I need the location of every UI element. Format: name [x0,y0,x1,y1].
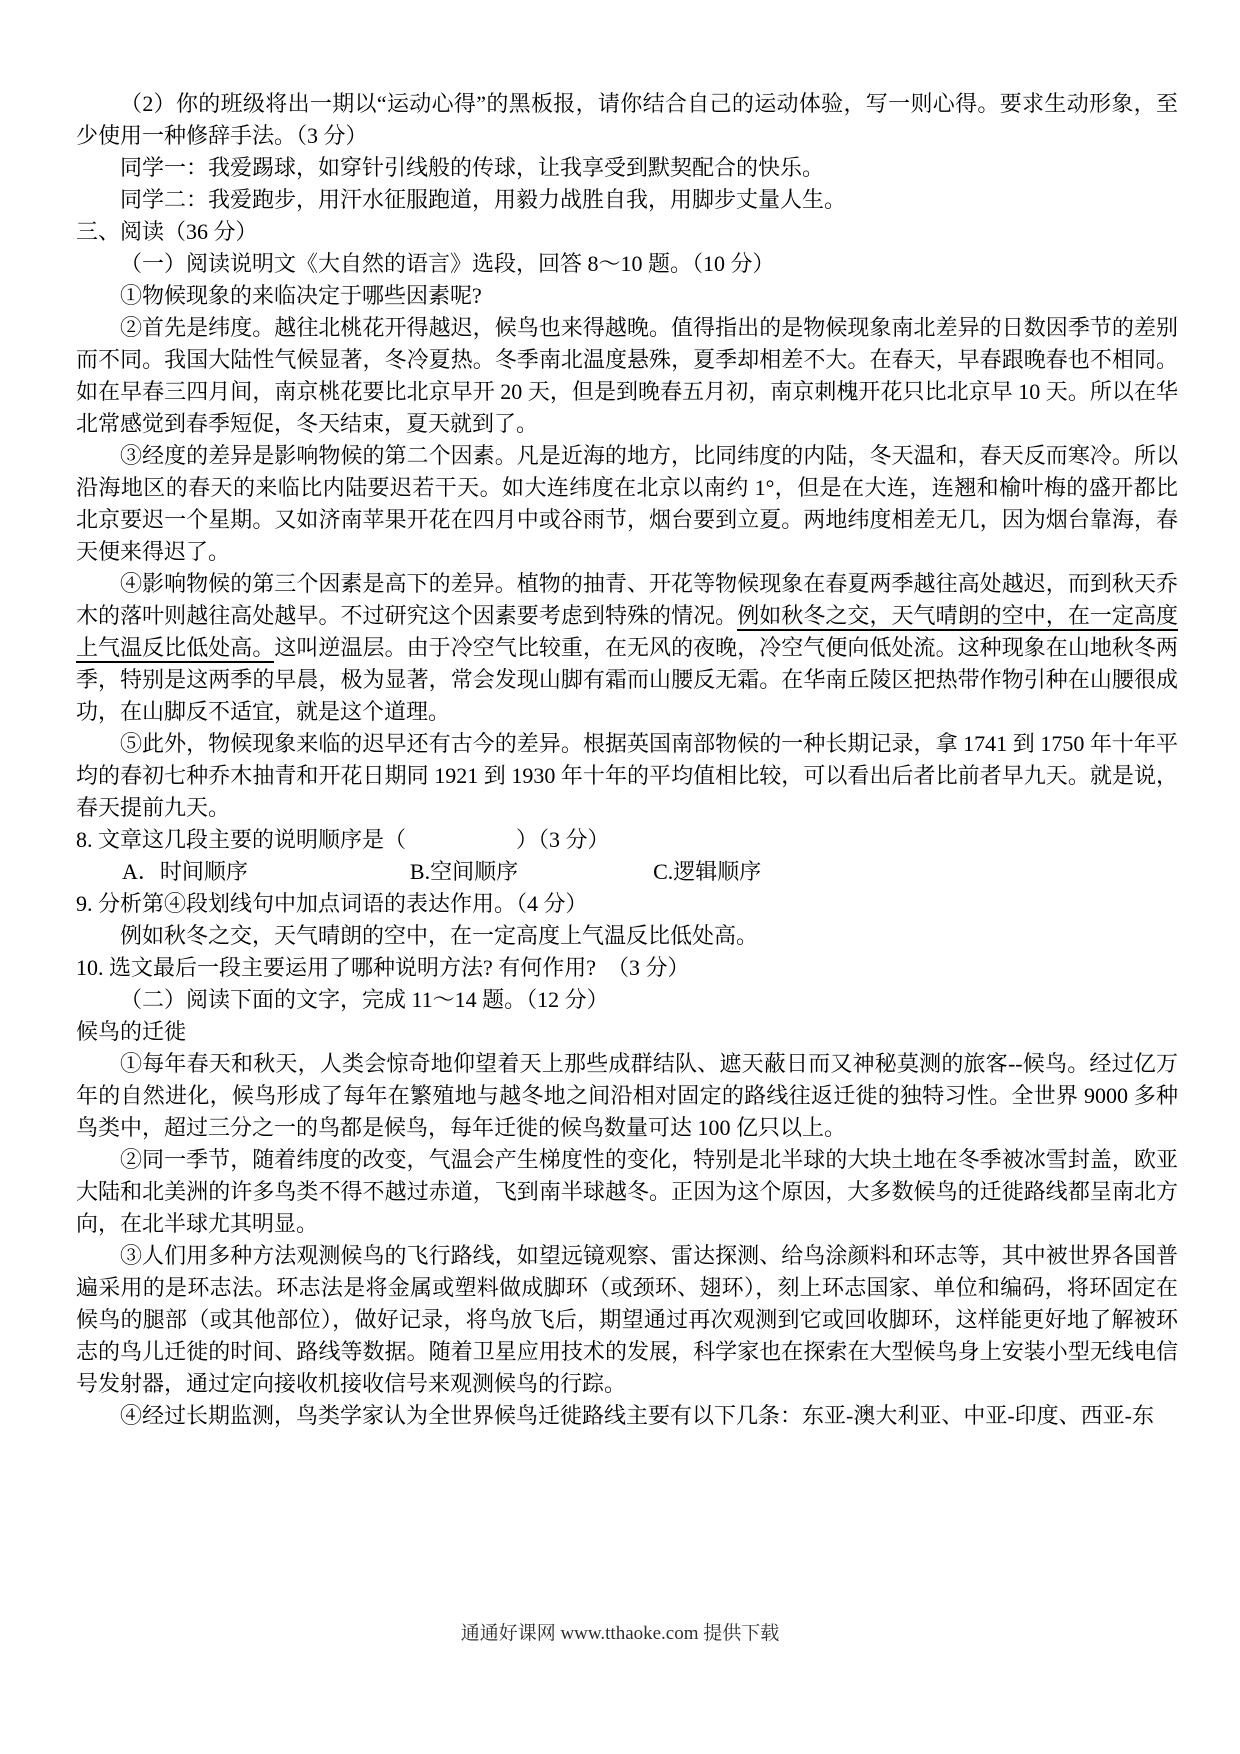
part1-paragraph-2: ②首先是纬度。越往北桃花开得越迟，候鸟也来得越晚。值得指出的是物候现象南北差异的… [76,312,1178,440]
question-8-option-b: B.空间顺序 [410,856,518,888]
page-footer: 通通好课网 www.tthaoke.com 提供下载 [0,1620,1240,1648]
question-10: 10. 选文最后一段主要运用了哪种说明方法? 有何作用? （3 分） [76,952,1178,984]
question-8-option-a: A．时间顺序 [122,856,248,888]
part2-paragraph-4: ④经过长期监测，鸟类学家认为全世界候鸟迁徙路线主要有以下几条：东亚-澳大利亚、中… [76,1400,1178,1432]
question-9-quoted-sentence: 例如秋冬之交，天气晴朗的空中，在一定高度上气温反比低处高。 [76,920,1178,952]
part1-paragraph-3: ③经度的差异是影响物候的第二个因素。凡是近海的地方，比同纬度的内陆，冬天温和，春… [76,440,1178,568]
writing-prompt: （2）你的班级将出一期以“运动心得”的黑板报，请你结合自己的运动体验，写一则心得… [76,88,1178,152]
part1-paragraph-5: ⑤此外，物候现象来临的迟早还有古今的差异。根据英国南部物候的一种长期记录，拿 1… [76,728,1178,824]
question-8-options: A．时间顺序 B.空间顺序 C.逻辑顺序 [76,856,1178,888]
question-8-option-c: C.逻辑顺序 [653,856,761,888]
reading-section-heading: 三、阅读（36 分） [76,216,1178,248]
exam-page: （2）你的班级将出一期以“运动心得”的黑板报，请你结合自己的运动体验，写一则心得… [0,0,1240,1754]
part2-intro: （二）阅读下面的文字，完成 11～14 题。（12 分） [76,984,1178,1016]
question-9: 9. 分析第④段划线句中加点词语的表达作用。（4 分） [76,888,1178,920]
part1-paragraph-1: ①物候现象的来临决定于哪些因素呢? [76,280,1178,312]
question-8: 8. 文章这几段主要的说明顺序是（ ）（3 分） [76,824,1178,856]
student-response-1: 同学一：我爱踢球，如穿针引线般的传球，让我享受到默契配合的快乐。 [76,152,1178,184]
part1-paragraph-4: ④影响物候的第三个因素是高下的差异。植物的抽青、开花等物候现象在春夏两季越往高处… [76,568,1178,728]
part2-paragraph-1: ①每年春天和秋天，人类会惊奇地仰望着天上那些成群结队、遮天蔽日而又神秘莫测的旅客… [76,1048,1178,1144]
student-response-2: 同学二：我爱跑步，用汗水征服跑道，用毅力战胜自我，用脚步丈量人生。 [76,184,1178,216]
part2-paragraph-2: ②同一季节，随着纬度的改变，气温会产生梯度性的变化，特别是北半球的大块土地在冬季… [76,1144,1178,1240]
part1-intro: （一）阅读说明文《大自然的语言》选段，回答 8～10 题。（10 分） [76,248,1178,280]
part2-passage-title: 候鸟的迁徙 [76,1016,1178,1048]
part2-paragraph-3: ③人们用多种方法观测候鸟的飞行路线，如望远镜观察、雷达探测、给鸟涂颜料和环志等，… [76,1240,1178,1400]
